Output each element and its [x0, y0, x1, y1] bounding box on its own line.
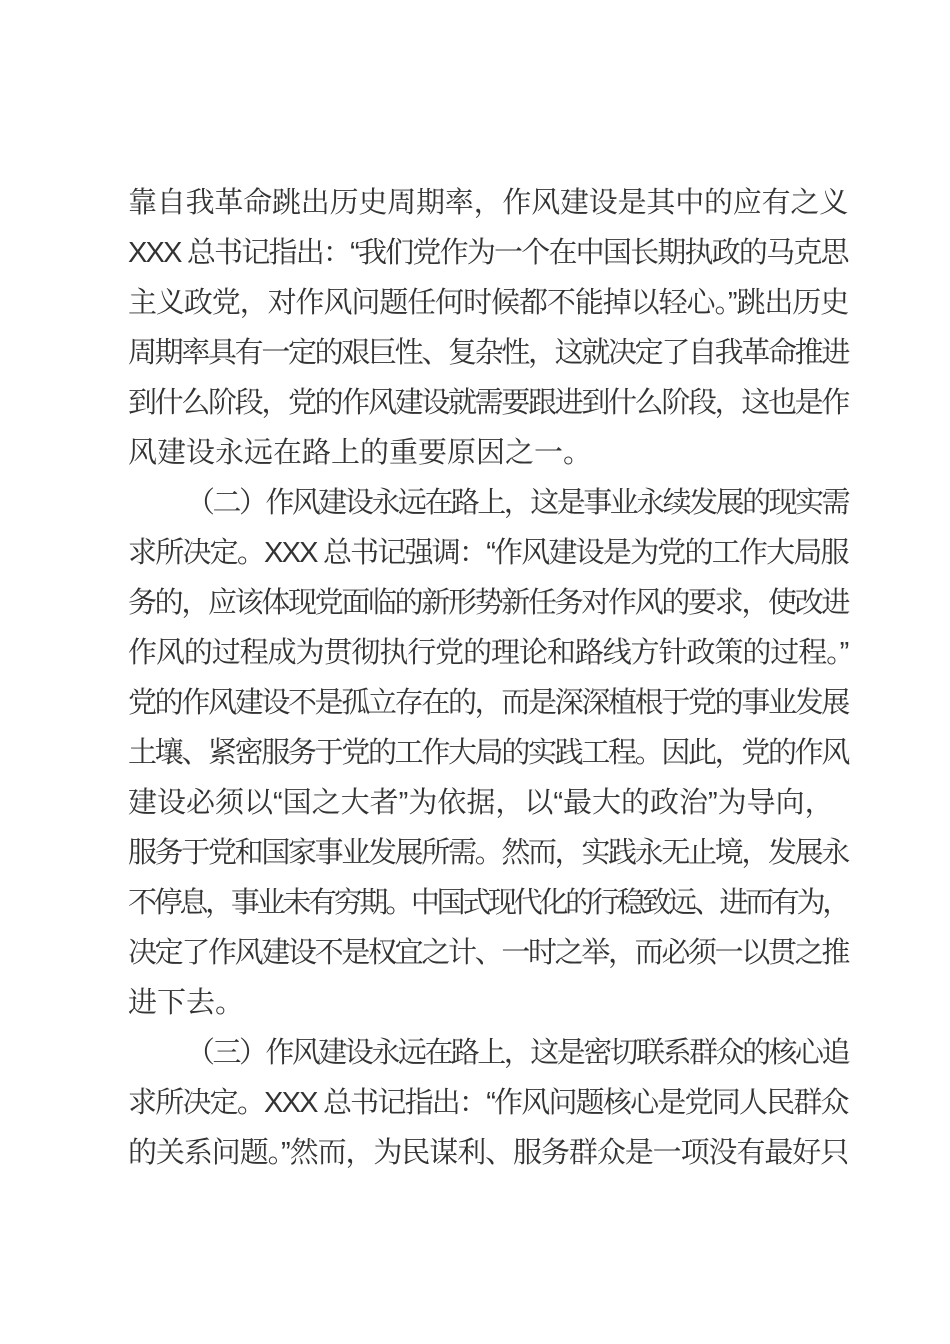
text-line: 土壤、紧密服务于党的工作大局的实践工程。因此，党的作风 [128, 728, 848, 778]
text-line: 靠自我革命跳出历史周期率，作风建设是其中的应有之义 [128, 178, 848, 228]
text-line: （二）作风建设永远在路上，这是事业永续发展的现实需 [128, 478, 848, 528]
text-line: 进下去。 [128, 978, 848, 1028]
text-line: 求所决定。XXX 总书记指出：“作风问题核心是党同人民群众 [128, 1078, 848, 1128]
text-line: 决定了作风建设不是权宜之计、一时之举，而必须一以贯之推 [128, 928, 848, 978]
text-line: 到什么阶段，党的作风建设就需要跟进到什么阶段，这也是作 [128, 378, 848, 428]
text-line: （三）作风建设永远在路上，这是密切联系群众的核心追 [128, 1028, 848, 1078]
text-line: 风建设永远在路上的重要原因之一。 [128, 428, 848, 478]
paragraph: 靠自我革命跳出历史周期率，作风建设是其中的应有之义 XXX 总书记指出：“我们党… [128, 178, 848, 478]
text-line: 不停息，事业未有穷期。中国式现代化的行稳致远、进而有为， [128, 878, 848, 928]
text-line: 务的，应该体现党面临的新形势新任务对作风的要求，使改进 [128, 578, 848, 628]
text-line: 作风的过程成为贯彻执行党的理论和路线方针政策的过程。” [128, 628, 848, 678]
document-page: 靠自我革命跳出历史周期率，作风建设是其中的应有之义 XXX 总书记指出：“我们党… [0, 0, 950, 1344]
text-line: 建设必须以“国之大者”为依据，以“最大的政治”为导向， [128, 778, 848, 828]
paragraph: （三）作风建设永远在路上，这是密切联系群众的核心追 求所决定。XXX 总书记指出… [128, 1028, 848, 1178]
text-line: 主义政党，对作风问题任何时候都不能掉以轻心。”跳出历史 [128, 278, 848, 328]
text-line: 服务于党和国家事业发展所需。然而，实践永无止境，发展永 [128, 828, 848, 878]
text-line: XXX 总书记指出：“我们党作为一个在中国长期执政的马克思 [128, 228, 848, 278]
text-line: 的关系问题。”然而，为民谋利、服务群众是一项没有最好只 [128, 1128, 848, 1178]
paragraph: （二）作风建设永远在路上，这是事业永续发展的现实需 求所决定。XXX 总书记强调… [128, 478, 848, 1028]
text-line: 党的作风建设不是孤立存在的，而是深深植根于党的事业发展 [128, 678, 848, 728]
text-line: 周期率具有一定的艰巨性、复杂性，这就决定了自我革命推进 [128, 328, 848, 378]
text-block: 靠自我革命跳出历史周期率，作风建设是其中的应有之义 XXX 总书记指出：“我们党… [128, 178, 848, 1178]
text-line: 求所决定。XXX 总书记强调：“作风建设是为党的工作大局服 [128, 528, 848, 578]
